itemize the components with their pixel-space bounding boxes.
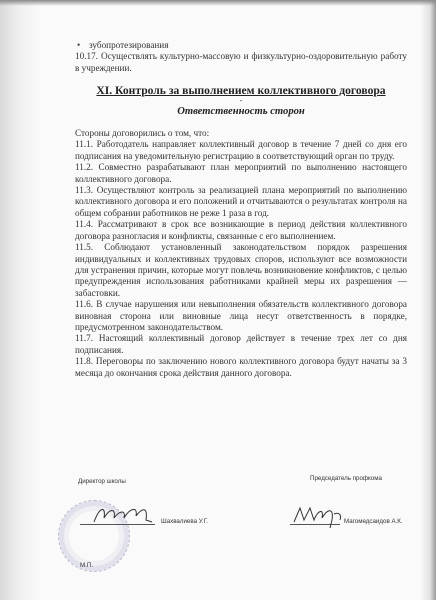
director-title: Директор школы: [78, 478, 126, 485]
paragraph-11-7: 11.7. Настоящий коллективный договор дей…: [75, 333, 407, 356]
chairman-title: Председатель профкома: [310, 475, 382, 482]
paragraph-11-3: 11.3. Осуществляют контроль за реализаци…: [75, 185, 407, 219]
director-name: Шахвалиева У.Г.: [161, 518, 208, 525]
paragraph-10-17: 10.17. Осуществлять культурно-массовую и…: [75, 51, 407, 74]
paragraph-11-1: 11.1. Работодатель направляет коллективн…: [75, 139, 407, 162]
paragraph-11-8: 11.8. Переговоры по заключению нового ко…: [75, 356, 407, 379]
paragraph-11-5: 11.5. Соблюдают установленный законодате…: [75, 242, 407, 299]
stamp-label: М.П.: [80, 562, 93, 569]
intro-text: Стороны договорились о том, что:: [75, 128, 407, 139]
section-title: XI. Контроль за выполнением коллективног…: [75, 85, 407, 96]
paragraph-11-2: 11.2. Совместно разрабатывают план мероп…: [75, 162, 407, 185]
paragraph-11-4: 11.4. Рассматривают в срок все возникающ…: [75, 219, 407, 242]
scanned-page: зубопротезирования 10.17. Осуществлять к…: [0, 0, 436, 600]
subsection-title: Ответственность сторон: [75, 106, 407, 117]
document-body: зубопротезирования 10.17. Осуществлять к…: [75, 40, 407, 379]
scan-shadow: [0, 0, 436, 6]
chairman-name: Магомедсаидов А.К.: [344, 518, 403, 525]
bullet-item: зубопротезирования: [75, 40, 407, 51]
paragraph-11-6: 11.6. В случае нарушения или невыполнени…: [75, 299, 407, 333]
title-dash: -: [75, 97, 407, 105]
